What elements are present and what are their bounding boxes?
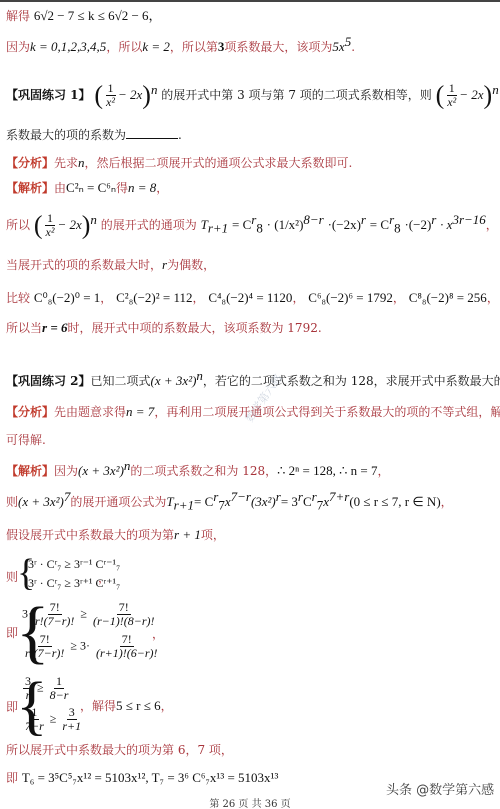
text: 先求 bbox=[54, 156, 78, 170]
solution-result: ，解得5 ≤ r ≤ 6， bbox=[80, 698, 173, 714]
math-item: C²₈(−2)² = 112 bbox=[116, 290, 192, 305]
text: 已知二项式 bbox=[91, 374, 151, 388]
analysis-tag: 【分析】 bbox=[6, 156, 54, 170]
exercise-tag: 【巩固练习 1】 bbox=[6, 88, 91, 102]
fraction: 1x² bbox=[44, 212, 57, 239]
text: ，所以 bbox=[106, 40, 142, 54]
exercise-1-solution-line-1: 【解析】由C²ₙ = C⁶ₙ得n = 8， bbox=[6, 180, 168, 196]
math: − 2x bbox=[459, 87, 483, 102]
text: 解得 bbox=[6, 9, 30, 23]
text: ，再利用二项展开通项公式得到关于系数最大的项的不等式组，解之即 bbox=[154, 405, 500, 419]
math: T₆ = 3⁵C⁵₇x¹² = 5103x¹², T₇ = 3⁶ C⁶₇x¹³ … bbox=[22, 770, 279, 785]
solution-tag: 【解析】 bbox=[6, 464, 54, 478]
text: 的展开式中第 3 项与第 7 项的二项式系数相等，则 bbox=[161, 88, 432, 102]
math: − 2x bbox=[57, 217, 81, 232]
math: T bbox=[201, 217, 208, 232]
math: · x bbox=[440, 217, 452, 232]
text: 先由题意求得 bbox=[54, 405, 126, 419]
text: 假设展开式中系数最大的项为第 bbox=[6, 528, 174, 542]
text: 即 bbox=[6, 771, 18, 785]
text: . bbox=[351, 40, 355, 54]
solution-line-1: 解得 6√2 − 7 ≤ k ≤ 6√2 − 6， bbox=[6, 8, 162, 24]
text: 的展开式的通项为 bbox=[101, 218, 197, 232]
text: 的二项式系数之和为 128， bbox=[130, 464, 277, 478]
page-top-border bbox=[0, 0, 500, 2]
solution-tag: 【解析】 bbox=[6, 181, 54, 195]
inequality: 3·7!r!(7−r)! ≥ 7!(r−1)!(8−r)! bbox=[22, 601, 158, 628]
math: (x + 3x²) bbox=[78, 463, 124, 478]
exercise-tag: 【巩固练习 2】 bbox=[6, 374, 91, 388]
math: (x + 3x²) bbox=[151, 373, 197, 388]
text: 的展开通项公式为 bbox=[70, 495, 166, 509]
text: 可得解. bbox=[6, 433, 46, 447]
text: . bbox=[178, 128, 182, 142]
math: C²ₙ = C⁶ₙ bbox=[66, 180, 116, 195]
answer-blank[interactable] bbox=[126, 128, 178, 139]
exercise-2-question: 【巩固练习 2】已知二项式(x + 3x²)n，若它的二项式系数之和为 128，… bbox=[6, 373, 500, 389]
inequality: 7!r!(7−r)! ≥ 3· 7!(r+1)!(6−r)! bbox=[22, 633, 161, 660]
text: 所以展开式中系数最大的项为第 6，7 项， bbox=[6, 743, 233, 757]
text: 项系数最大，该项为 bbox=[224, 40, 332, 54]
text: 项， bbox=[201, 528, 225, 542]
math: 5x bbox=[332, 39, 344, 54]
exercise-2-solution-line-4: 所以展开式中系数最大的项为第 6，7 项， bbox=[6, 742, 233, 758]
math: = C bbox=[370, 217, 389, 232]
math-item: C⁸₈(−2)⁸ = 256 bbox=[409, 290, 487, 305]
math: = C bbox=[232, 217, 251, 232]
analysis-tag: 【分析】 bbox=[6, 405, 54, 419]
fraction: 1x² bbox=[104, 82, 117, 109]
text: 当展开式的项的系数最大时， bbox=[6, 258, 162, 272]
math-inequality: 6√2 − 7 ≤ k ≤ 6√2 − 6， bbox=[34, 8, 162, 23]
math: ·(−2) bbox=[404, 217, 431, 232]
text: ，所以第 bbox=[170, 40, 218, 54]
math-sup: n bbox=[492, 82, 499, 97]
math: n = 8 bbox=[128, 180, 156, 195]
exercise-2-solution-line-2: 则(x + 3x²)7的展开通项公式为Tr+1= Cr7x7−r(3x²)r= … bbox=[6, 494, 453, 510]
text: 得 bbox=[116, 181, 128, 195]
text: ， bbox=[156, 181, 168, 195]
math: − 2x bbox=[118, 87, 142, 102]
page-footer: 第 26 页 共 36 页 bbox=[0, 795, 500, 809]
exercise-2-solution-line-5: 即 T₆ = 3⁵C⁵₇x¹² = 5103x¹², T₇ = 3⁶ C⁶₇x¹… bbox=[6, 770, 278, 786]
text: 系数最大的项的系数为 bbox=[6, 128, 126, 142]
exercise-1-question-cont: 系数最大的项的系数为. bbox=[6, 127, 182, 143]
text: 比较 bbox=[6, 291, 30, 305]
math: · (1/x²) bbox=[267, 217, 304, 232]
math-item: C⁶₈(−2)⁶ = 1792 bbox=[308, 290, 393, 305]
text: 所以当 bbox=[6, 321, 42, 335]
math: r = 6 bbox=[42, 320, 67, 335]
math: k = 0,1,2,3,4,5 bbox=[30, 39, 106, 54]
exercise-1-solution-line-4: 比较 C⁰₈(−2)⁰ = 1， C²₈(−2)² = 112， C⁴₈(−2)… bbox=[6, 290, 499, 306]
math: ·(−2x) bbox=[328, 217, 361, 232]
math: (x + 3x²) bbox=[18, 494, 64, 509]
math: k = 2 bbox=[142, 39, 170, 54]
math: r + 1 bbox=[174, 527, 201, 542]
text: ，然后根据二项展开式的通项公式求最大系数即可. bbox=[85, 156, 353, 170]
text: 因为 bbox=[6, 40, 30, 54]
exercise-1-solution-line-5: 所以当r = 6时，展开式中项的系数最大，该项系数为 1792. bbox=[6, 320, 322, 336]
math: ∴ 2ⁿ = 128, ∴ n = 7 bbox=[277, 463, 377, 478]
math-item: C⁴₈(−2)⁴ = 1120 bbox=[208, 290, 292, 305]
text: ，若它的二项式系数之和为 128，求展开式中系数最大的项. bbox=[203, 374, 500, 388]
exercise-1-question: 【巩固练习 1】 (1x²− 2x)n 的展开式中第 3 项与第 7 项的二项式… bbox=[6, 82, 500, 109]
text: 为偶数， bbox=[167, 258, 215, 272]
text: 因为 bbox=[54, 464, 78, 478]
text: 所以 bbox=[6, 218, 30, 232]
exercise-1-solution-line-2: 所以 (1x²− 2x)n 的展开式的通项为 Tr+1 = Cr8 · (1/x… bbox=[6, 212, 498, 239]
exercise-2-solution-line-1: 【解析】因为(x + 3x²)n的二项式系数之和为 128，∴ 2ⁿ = 128… bbox=[6, 463, 389, 479]
math-item: C⁰₈(−2)⁰ = 1 bbox=[34, 290, 100, 305]
text: 时，展开式中项的系数最大，该项系数为 1792. bbox=[67, 321, 321, 335]
text: 则 bbox=[6, 495, 18, 509]
exercise-2-analysis-cont: 可得解. bbox=[6, 432, 46, 448]
solution-line-2: 因为k = 0,1,2,3,4,5，所以k = 2，所以第3项系数最大，该项为5… bbox=[6, 39, 355, 55]
exercise-1-solution-line-3: 当展开式的项的系数最大时，r为偶数， bbox=[6, 257, 215, 273]
fraction: 1x² bbox=[445, 82, 458, 109]
exercise-2-solution-line-3: 假设展开式中系数最大的项为第r + 1项， bbox=[6, 527, 225, 543]
math: n = 7 bbox=[126, 404, 154, 419]
text: 由 bbox=[54, 181, 66, 195]
inequality: 17−r ≥ 3r+1 bbox=[22, 706, 84, 733]
math-sup: n bbox=[90, 212, 97, 227]
exercise-1-analysis: 【分析】先求n，然后根据二项展开式的通项公式求最大系数即可. bbox=[6, 155, 352, 171]
math-sup: n bbox=[151, 82, 158, 97]
inequality: 3r ≥ 18−r bbox=[22, 675, 71, 702]
